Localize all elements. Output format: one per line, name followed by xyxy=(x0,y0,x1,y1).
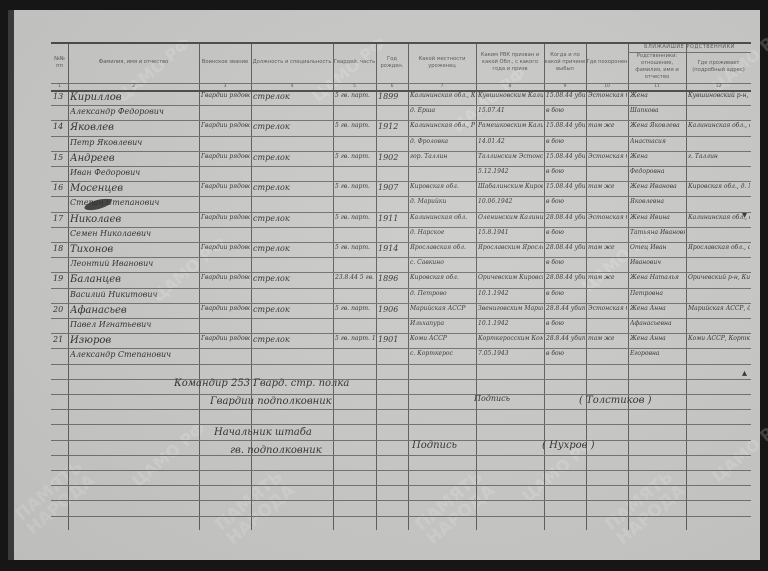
record-no: 13 xyxy=(53,92,67,101)
row-rule xyxy=(51,470,751,471)
record-draft: Рамешковским Калининской xyxy=(478,122,543,129)
record-birthplace2: д. Ёрша xyxy=(410,107,475,114)
record-given: Александр Федорович xyxy=(70,107,198,116)
column-rule xyxy=(476,42,477,530)
record-address: Калининская обл., д. Фроловка xyxy=(688,122,750,129)
column-number: 7 xyxy=(408,84,476,89)
record-given: Александр Степанович xyxy=(70,350,198,359)
column-rule xyxy=(686,42,687,530)
record-draft2: 5.12.1942 xyxy=(478,168,543,175)
column-number: 5 xyxy=(333,84,376,89)
record-rank: Гвардии рядовой xyxy=(201,122,250,129)
record-relative: Жена xyxy=(630,153,685,160)
record-position: стрелок xyxy=(253,214,332,223)
record-year: 1912 xyxy=(378,122,407,131)
record-no: 17 xyxy=(53,214,67,223)
record-birthplace2: д. Петрово xyxy=(410,290,475,297)
chief-of-staff-title: Начальник штаба xyxy=(214,427,312,438)
record-birthplace: Кировская обл. xyxy=(410,274,475,281)
record-given: Павел Игнатьевич xyxy=(70,320,198,329)
record-relative2: Петровна xyxy=(630,290,685,297)
record-relative2: Егоровна xyxy=(630,350,685,357)
record-draft: Таллинским Эстонской ССР xyxy=(478,153,543,160)
column-rule xyxy=(199,42,200,530)
record-when2: в бою xyxy=(546,320,585,327)
record-draft: Оленинским Калининской xyxy=(478,214,543,221)
row-rule xyxy=(51,272,751,273)
record-surname: Николаев xyxy=(70,214,198,225)
record-address: Ярославская обл., с. Савкино xyxy=(688,244,750,251)
record-buried: Эстонская ССР xyxy=(588,153,627,160)
record-relative2: Татьяна Ивановна xyxy=(630,229,685,236)
column-rule xyxy=(376,42,377,530)
record-draft: Оричевским Кировской xyxy=(478,274,543,281)
margin-mark: ▾ xyxy=(742,210,747,221)
record-draft2: 10.1.1942 xyxy=(478,320,543,327)
record-position: стрелок xyxy=(253,153,332,162)
record-birthplace2: д. Фроловка xyxy=(410,138,475,145)
record-buried: Эстонская ССР xyxy=(588,92,627,99)
watermark-pamyat: ПАМЯТЬ НАРОДА xyxy=(212,468,298,549)
record-year: 1911 xyxy=(378,214,407,223)
record-relative2: Анастасия xyxy=(630,138,685,145)
record-unit: 5 гв. парт. xyxy=(335,214,375,221)
record-address: г. Таллин xyxy=(688,153,750,160)
record-buried: Эстонская ССР xyxy=(588,214,627,221)
record-no: 19 xyxy=(53,274,67,283)
record-unit: 5 гв. парт. xyxy=(335,305,375,312)
record-relative2: Шапкова xyxy=(630,107,685,114)
chief-of-staff-signature: Подпись xyxy=(412,440,457,451)
column-rule xyxy=(68,42,69,530)
record-birthplace2: с. Савкино xyxy=(410,259,475,266)
record-when: 28.08.44 убит xyxy=(546,244,585,251)
record-relative2: Яковлевна xyxy=(630,198,685,205)
column-number: 8 xyxy=(476,84,544,89)
chief-of-staff-name: ( Нухров ) xyxy=(542,440,595,451)
column-number: 12 xyxy=(686,84,751,89)
record-relative2: Федоровна xyxy=(630,168,685,175)
record-when: 28.8.44 убит xyxy=(546,305,585,312)
row-rule xyxy=(51,409,751,410)
row-rule xyxy=(51,348,751,349)
record-buried: там же xyxy=(588,244,627,251)
relatives-group-header: БЛИЖАЙШИЕ РОДСТВЕННИКИ xyxy=(628,42,751,52)
row-rule xyxy=(51,257,751,258)
record-birthplace: Ярославская обл. xyxy=(410,244,475,251)
record-birthplace: Калининская обл. xyxy=(410,214,475,221)
record-position: стрелок xyxy=(253,122,332,131)
column-header: Какой местности уроженец xyxy=(408,44,476,81)
column-header: Родственники: отношение, фамилия, имя и … xyxy=(628,53,686,81)
row-rule xyxy=(51,440,751,441)
record-surname: Изюров xyxy=(70,335,198,346)
record-surname: Яковлев xyxy=(70,122,198,133)
record-draft: Шабалинским Кировской xyxy=(478,183,543,190)
record-rank: Гвардии рядовой xyxy=(201,305,250,312)
record-relative: Жена Анна xyxy=(630,335,685,342)
row-rule xyxy=(51,424,751,425)
column-number: 9 xyxy=(544,84,586,89)
record-given: Семен Николаевич xyxy=(70,229,198,238)
record-draft2: 14.01.42 xyxy=(478,138,543,145)
watermark-pamyat: ПАМЯТЬ НАРОДА xyxy=(602,468,688,549)
record-rank: Гвардии рядовой xyxy=(201,92,250,99)
record-surname: Тихонов xyxy=(70,244,198,255)
record-address: Калининская обл., д. Нарское xyxy=(688,214,750,221)
record-birthplace: Коми АССР xyxy=(410,335,475,342)
record-surname: Баланцев xyxy=(70,274,198,285)
column-header: Когда и по какой причине выбыл xyxy=(544,44,586,81)
record-birthplace: Калининская обл., Рамешковский р-н xyxy=(410,122,475,129)
record-when: 28.08.44 убит xyxy=(546,274,585,281)
record-when: 15.08.44 убит xyxy=(546,122,585,129)
record-surname: Андреев xyxy=(70,153,198,164)
record-buried: Эстонская ССР xyxy=(588,305,627,312)
column-rule xyxy=(628,42,629,530)
record-rank: Гвардии рядовой xyxy=(201,153,250,160)
record-draft2: 7.05.1943 xyxy=(478,350,543,357)
record-draft2: 15.8.1941 xyxy=(478,229,543,236)
record-surname: Кириллов xyxy=(70,92,198,103)
record-relative: Жена Яковлева xyxy=(630,122,685,129)
row-rule xyxy=(51,516,751,517)
record-buried: там же xyxy=(588,122,627,129)
record-relative: Отец Иван xyxy=(630,244,685,251)
commander-rank: Гвардии подполковник xyxy=(210,396,332,407)
row-rule xyxy=(51,181,751,182)
record-rank: Гвардии рядовой xyxy=(201,183,250,190)
record-no: 14 xyxy=(53,122,67,131)
column-rule xyxy=(333,42,334,530)
column-header: №№ пп xyxy=(51,44,68,81)
record-unit: 5 гв. парт. xyxy=(335,153,375,160)
column-header: Фамилия, имя и отчество xyxy=(68,44,199,81)
record-rank: Гвардии рядовой xyxy=(201,335,250,342)
record-surname: Афанасьев xyxy=(70,305,198,316)
record-when: 15.08.44 убит xyxy=(546,183,585,190)
record-address: Коми АССР, Корткеросский р-н xyxy=(688,335,750,342)
column-number: 6 xyxy=(376,84,408,89)
column-number: 2 xyxy=(68,84,199,89)
record-given: Василий Никитович xyxy=(70,290,198,299)
record-draft: Звениговским Марийской xyxy=(478,305,543,312)
record-buried: там же xyxy=(588,335,627,342)
column-header: Где проживает (подробный адрес) xyxy=(686,53,751,81)
record-position: стрелок xyxy=(253,305,332,314)
column-header: Каким РВК призван и какой Обл., с какого… xyxy=(476,44,544,81)
commander-signature: Подпись xyxy=(474,394,510,403)
record-relative: Жена Наталья xyxy=(630,274,685,281)
record-draft2: 10.1.1942 xyxy=(478,290,543,297)
record-position: стрелок xyxy=(253,244,332,253)
record-rank: Гвардии рядовой xyxy=(201,274,250,281)
record-no: 21 xyxy=(53,335,67,344)
record-year: 1907 xyxy=(378,183,407,192)
column-rule xyxy=(544,42,545,530)
record-unit: 5 гв. парт. 1943 г. xyxy=(335,335,375,342)
record-no: 15 xyxy=(53,153,67,162)
record-position: стрелок xyxy=(253,183,332,192)
record-draft: Кувшиновским Калининской xyxy=(478,92,543,99)
column-number: 3 xyxy=(199,84,251,89)
record-when2: в бою xyxy=(546,290,585,297)
row-rule xyxy=(51,318,751,319)
row-rule xyxy=(51,333,751,334)
record-relative: Жена Ивина xyxy=(630,214,685,221)
record-birthplace2: Ильхапура xyxy=(410,320,475,327)
record-year: 1914 xyxy=(378,244,407,253)
record-draft: Корткеросским Коми АССР xyxy=(478,335,543,342)
row-rule xyxy=(51,242,751,243)
column-header: Должность и специальность xyxy=(251,44,333,81)
row-rule xyxy=(51,455,751,456)
record-given: Петр Яковлевич xyxy=(70,138,198,147)
record-unit: 23.8.44 5 гв. xyxy=(335,274,375,281)
record-when2: в бою xyxy=(546,138,585,145)
record-address: Кировская обл., д. Марийки xyxy=(688,183,750,190)
record-when2: в бою xyxy=(546,259,585,266)
record-when2: в бою xyxy=(546,198,585,205)
column-rule xyxy=(408,42,409,530)
record-unit: 5 гв. парт. xyxy=(335,122,375,129)
record-rank: Гвардии рядовой xyxy=(201,214,250,221)
record-address: Марийская АССР, д. Ильхапура xyxy=(688,305,750,312)
record-when: 15.08.44 убит xyxy=(546,153,585,160)
record-year: 1899 xyxy=(378,92,407,101)
watermark-pamyat: ПАМЯТЬ НАРОДА xyxy=(412,468,498,549)
row-rule xyxy=(51,485,751,486)
row-rule xyxy=(51,364,751,365)
row-rule xyxy=(51,196,751,197)
record-draft: Ярославским Ярославской xyxy=(478,244,543,251)
commander-name: ( Толстиков ) xyxy=(579,395,652,406)
row-rule xyxy=(51,500,751,501)
record-no: 16 xyxy=(53,183,67,192)
record-buried: там же xyxy=(588,274,627,281)
record-position: стрелок xyxy=(253,335,332,344)
record-address: Оричевский р-н, Кировская обл. xyxy=(688,274,750,281)
record-birthplace2: д. Нарское xyxy=(410,229,475,236)
record-birthplace: гор. Таллин xyxy=(410,153,475,160)
record-birthplace2: с. Корткерос xyxy=(410,350,475,357)
record-unit: 5 гв. парт. xyxy=(335,244,375,251)
column-number: 4 xyxy=(251,84,333,89)
record-no: 20 xyxy=(53,305,67,314)
record-position: стрелок xyxy=(253,274,332,283)
record-position: стрелок xyxy=(253,92,332,101)
column-rule xyxy=(251,42,252,530)
row-rule xyxy=(51,120,751,121)
margin-mark: ▴ xyxy=(742,368,747,379)
row-rule xyxy=(51,166,751,167)
record-relative: Жена xyxy=(630,92,685,99)
column-header: Год рожден. xyxy=(376,44,408,81)
record-given: Леонтий Иванович xyxy=(70,259,198,268)
column-number: 11 xyxy=(628,84,686,89)
record-year: 1901 xyxy=(378,335,407,344)
column-rule xyxy=(586,42,587,530)
record-relative: Жена Иванова xyxy=(630,183,685,190)
record-year: 1902 xyxy=(378,153,407,162)
record-draft2: 15.07.41 xyxy=(478,107,543,114)
record-year: 1896 xyxy=(378,274,407,283)
column-header: Где похоронен xyxy=(586,44,628,81)
column-header: Гвардей. часть xyxy=(333,44,376,81)
record-when2: в бою xyxy=(546,107,585,114)
chief-of-staff-rank: гв. подполковник xyxy=(230,445,322,456)
document-sheet: ЦАМО РФ ЦАМО РФ ЦАМО РФ ЦАМО РФ ЦАМО РФ … xyxy=(8,10,760,560)
record-surname: Мосенцев xyxy=(70,183,198,194)
record-unit: 5 гв. парт. xyxy=(335,183,375,190)
record-birthplace: Калининская обл., Кувшиновский р-н xyxy=(410,92,475,99)
record-birthplace: Марийская АССР xyxy=(410,305,475,312)
record-when: 28.8.44 убит xyxy=(546,335,585,342)
record-draft2: 10.06.1942 xyxy=(478,198,543,205)
record-birthplace2: д. Марийки xyxy=(410,198,475,205)
record-unit: 5 гв. парт. xyxy=(335,92,375,99)
record-relative2: Иванович xyxy=(630,259,685,266)
column-number: 1 xyxy=(51,84,68,89)
record-buried: там же xyxy=(588,183,627,190)
record-when: 28.08.44 убит xyxy=(546,214,585,221)
record-given: Иван Федорович xyxy=(70,168,198,177)
row-rule xyxy=(51,379,751,380)
record-when: 15.08.44 убит xyxy=(546,92,585,99)
record-rank: Гвардии рядовой xyxy=(201,244,250,251)
column-header: Воинское звание xyxy=(199,44,251,81)
record-year: 1906 xyxy=(378,305,407,314)
record-no: 18 xyxy=(53,244,67,253)
record-when2: в бою xyxy=(546,168,585,175)
record-when2: в бою xyxy=(546,229,585,236)
column-number: 10 xyxy=(586,84,628,89)
record-relative: Жена Анна xyxy=(630,305,685,312)
record-birthplace: Кировская обл. xyxy=(410,183,475,190)
record-when2: в бою xyxy=(546,350,585,357)
record-address: Кувшиновский р-н, Калининская обл. xyxy=(688,92,750,99)
row-rule xyxy=(51,105,751,106)
commander-title: Командир 253 Гвард. стр. полка xyxy=(174,378,349,389)
record-relative2: Афанасьевна xyxy=(630,320,685,327)
